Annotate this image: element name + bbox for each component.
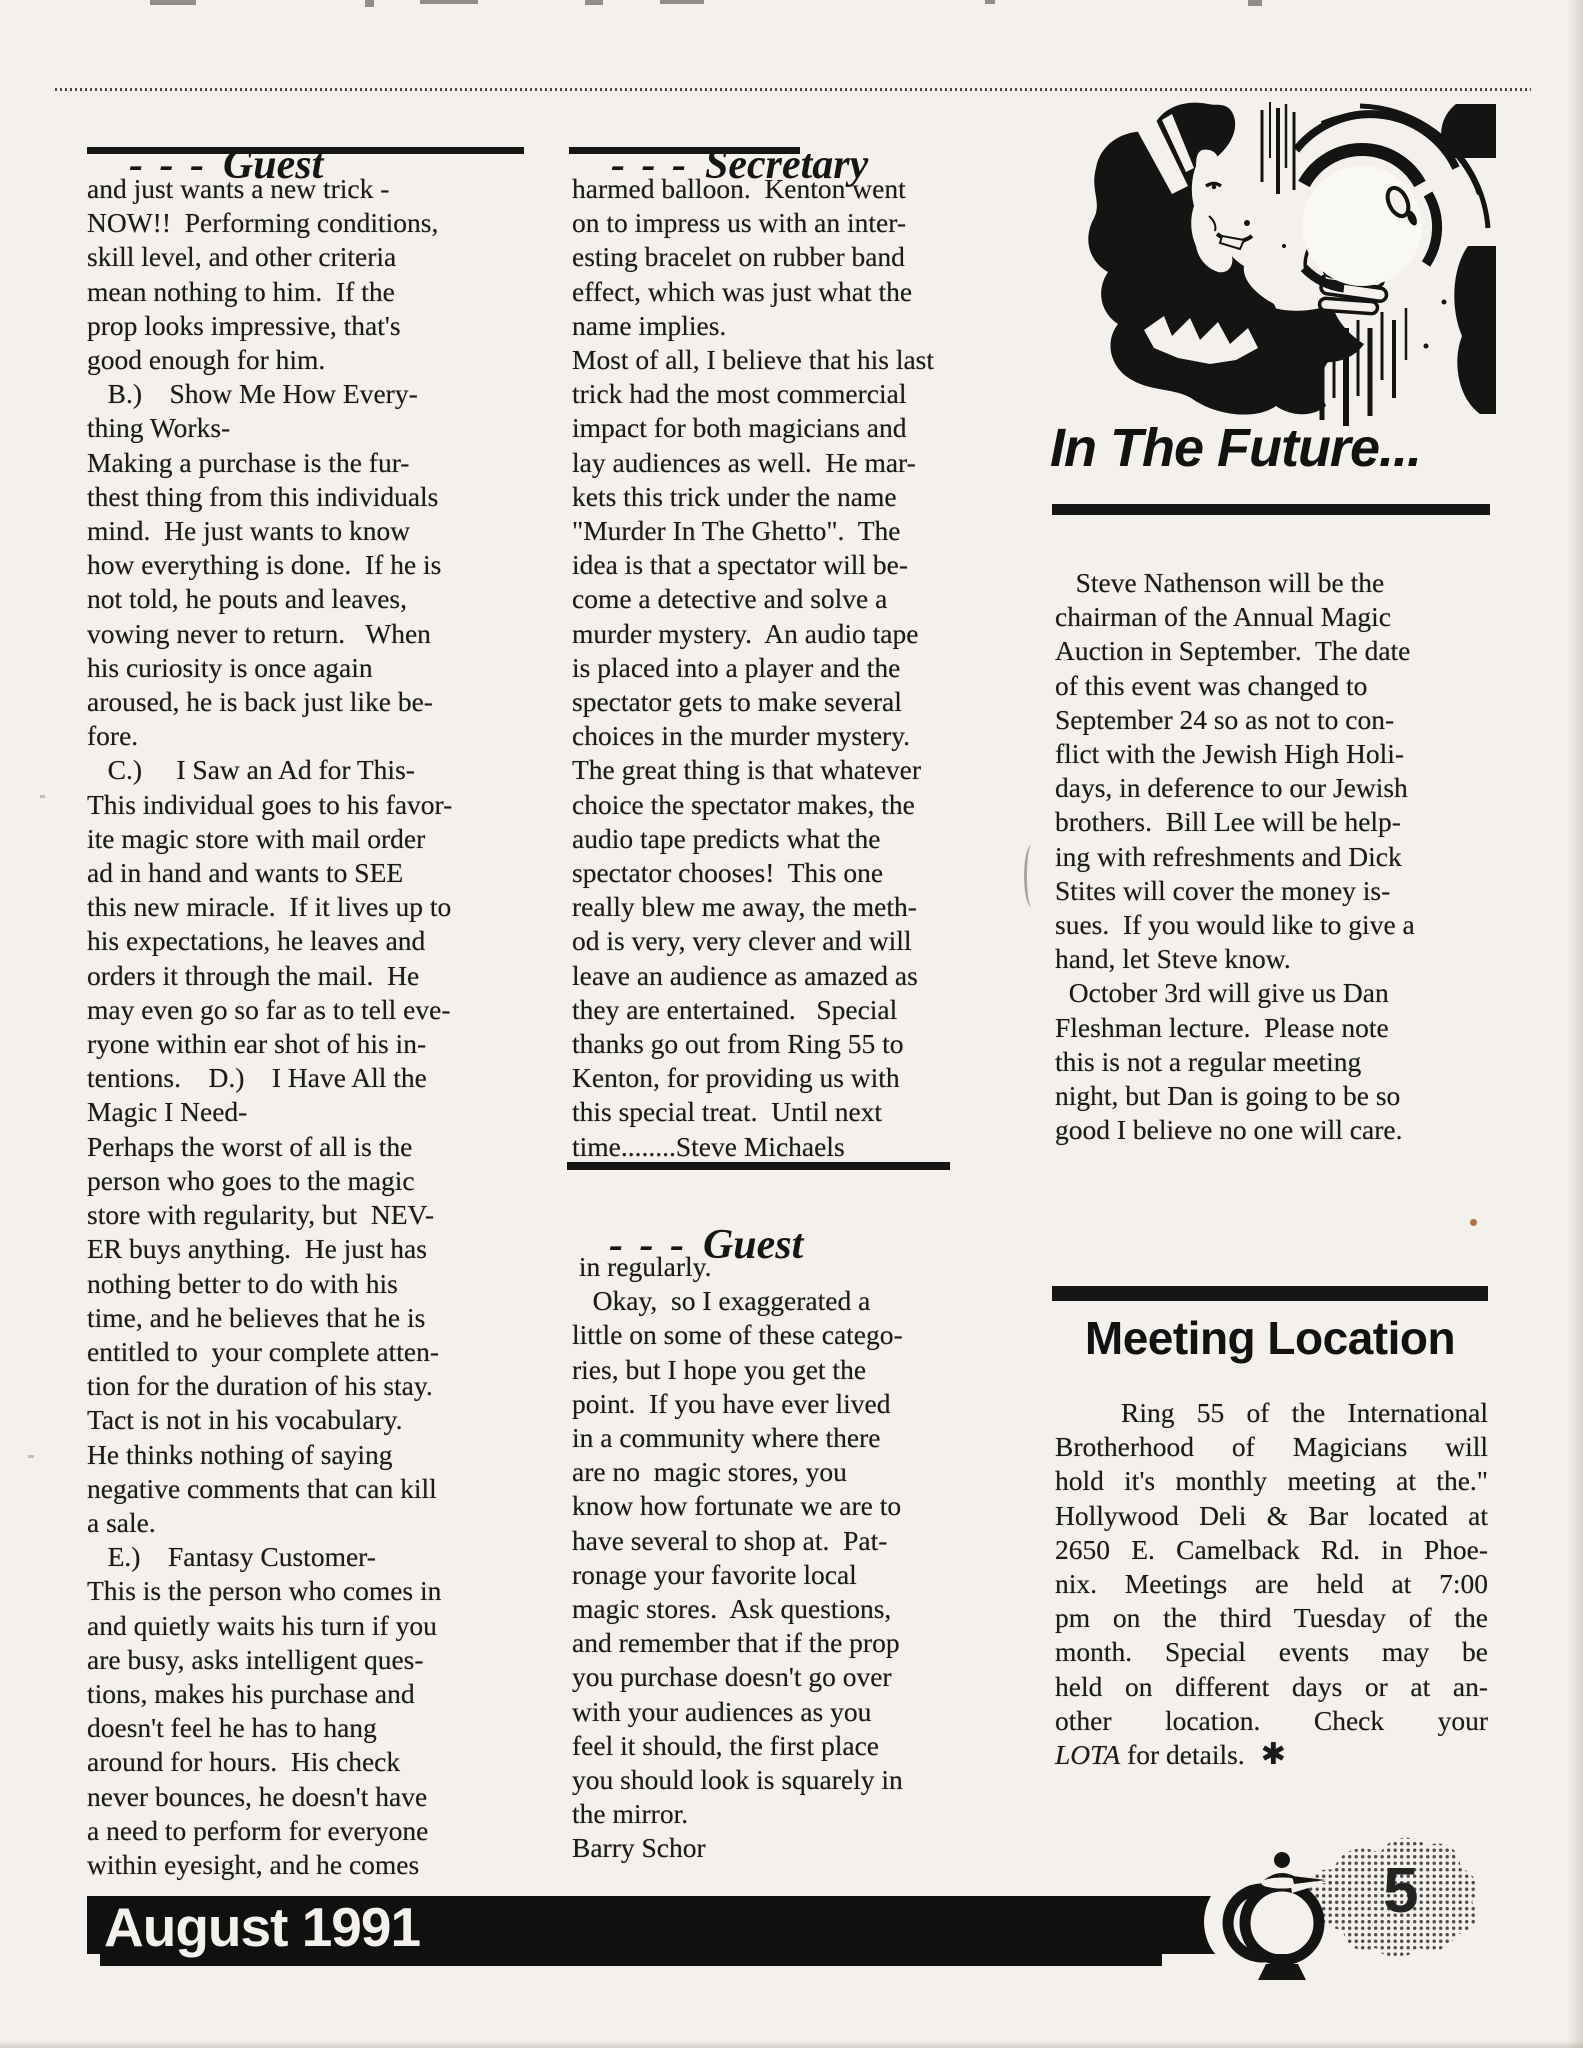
scan-artifact <box>420 0 478 4</box>
issue-date: August 1991 <box>104 1898 420 1956</box>
scan-artifact <box>28 1455 34 1458</box>
secretary-column-text: harmed balloon. Kenton went on to impres… <box>572 172 997 1164</box>
meeting-line: nix. Meetings are held at 7:00 <box>1055 1567 1488 1601</box>
secretary-header-underline <box>569 147 800 154</box>
page-edge-shade <box>1567 0 1583 2048</box>
scan-artifact <box>1470 1219 1477 1226</box>
scan-artifact <box>40 795 45 798</box>
meeting-line: 2650 E. Camelback Rd. in Phoe- <box>1055 1533 1488 1567</box>
fortune-teller-illustration <box>1060 98 1496 430</box>
asterisk-mark: ✱ <box>1261 1738 1286 1771</box>
page-edge-shade <box>0 2040 1583 2048</box>
scan-artifact <box>585 0 603 5</box>
guest2-rule-above <box>567 1162 950 1170</box>
page-number: 5 <box>1383 1854 1419 1926</box>
meeting-line: other location. Check your <box>1055 1704 1488 1738</box>
newsletter-page: - - -Guest and just wants a new trick - … <box>0 0 1583 2048</box>
guest-header-underline <box>87 147 524 154</box>
meeting-line: held on different days or at an- <box>1055 1670 1488 1704</box>
meeting-top-bar <box>1052 1286 1488 1301</box>
guest2-column-text: in regularly. Okay, so I exaggerated a l… <box>572 1250 997 1866</box>
top-dotted-rule <box>55 88 1531 91</box>
genie-lamp-icon: 5 <box>1198 1822 1488 1992</box>
scan-artifact <box>1024 845 1039 907</box>
meeting-line: LOTA for details.✱ <box>1055 1738 1488 1772</box>
meeting-line: Brotherhood of Magicians will <box>1055 1430 1488 1464</box>
lota-italic-text: LOTA <box>1055 1739 1120 1770</box>
scan-artifact <box>150 0 196 5</box>
scan-artifact <box>660 0 704 4</box>
scan-artifact <box>1248 0 1262 6</box>
scan-artifact <box>985 0 995 4</box>
meeting-line: Ring 55 of the International <box>1055 1396 1488 1430</box>
future-section-title: In The Future... <box>1050 418 1496 478</box>
meeting-line: hold it's monthly meeting at the." <box>1055 1464 1488 1498</box>
meeting-location-title: Meeting Location <box>1052 1312 1488 1364</box>
meeting-line: month. Special events may be <box>1055 1635 1488 1669</box>
future-title-rule <box>1052 504 1490 515</box>
meeting-line: pm on the third Tuesday of the <box>1055 1601 1488 1635</box>
meeting-line: Hollywood Deli & Bar located at <box>1055 1499 1488 1533</box>
meeting-last-text: for details. <box>1120 1739 1244 1770</box>
meeting-location-paragraph: Ring 55 of the International Brotherhood… <box>1055 1396 1488 1772</box>
guest-column-text: and just wants a new trick - NOW!! Perfo… <box>87 172 537 1882</box>
scan-artifact <box>365 0 374 7</box>
future-column-text: Steve Nathenson will be the chairman of … <box>1055 566 1495 1147</box>
